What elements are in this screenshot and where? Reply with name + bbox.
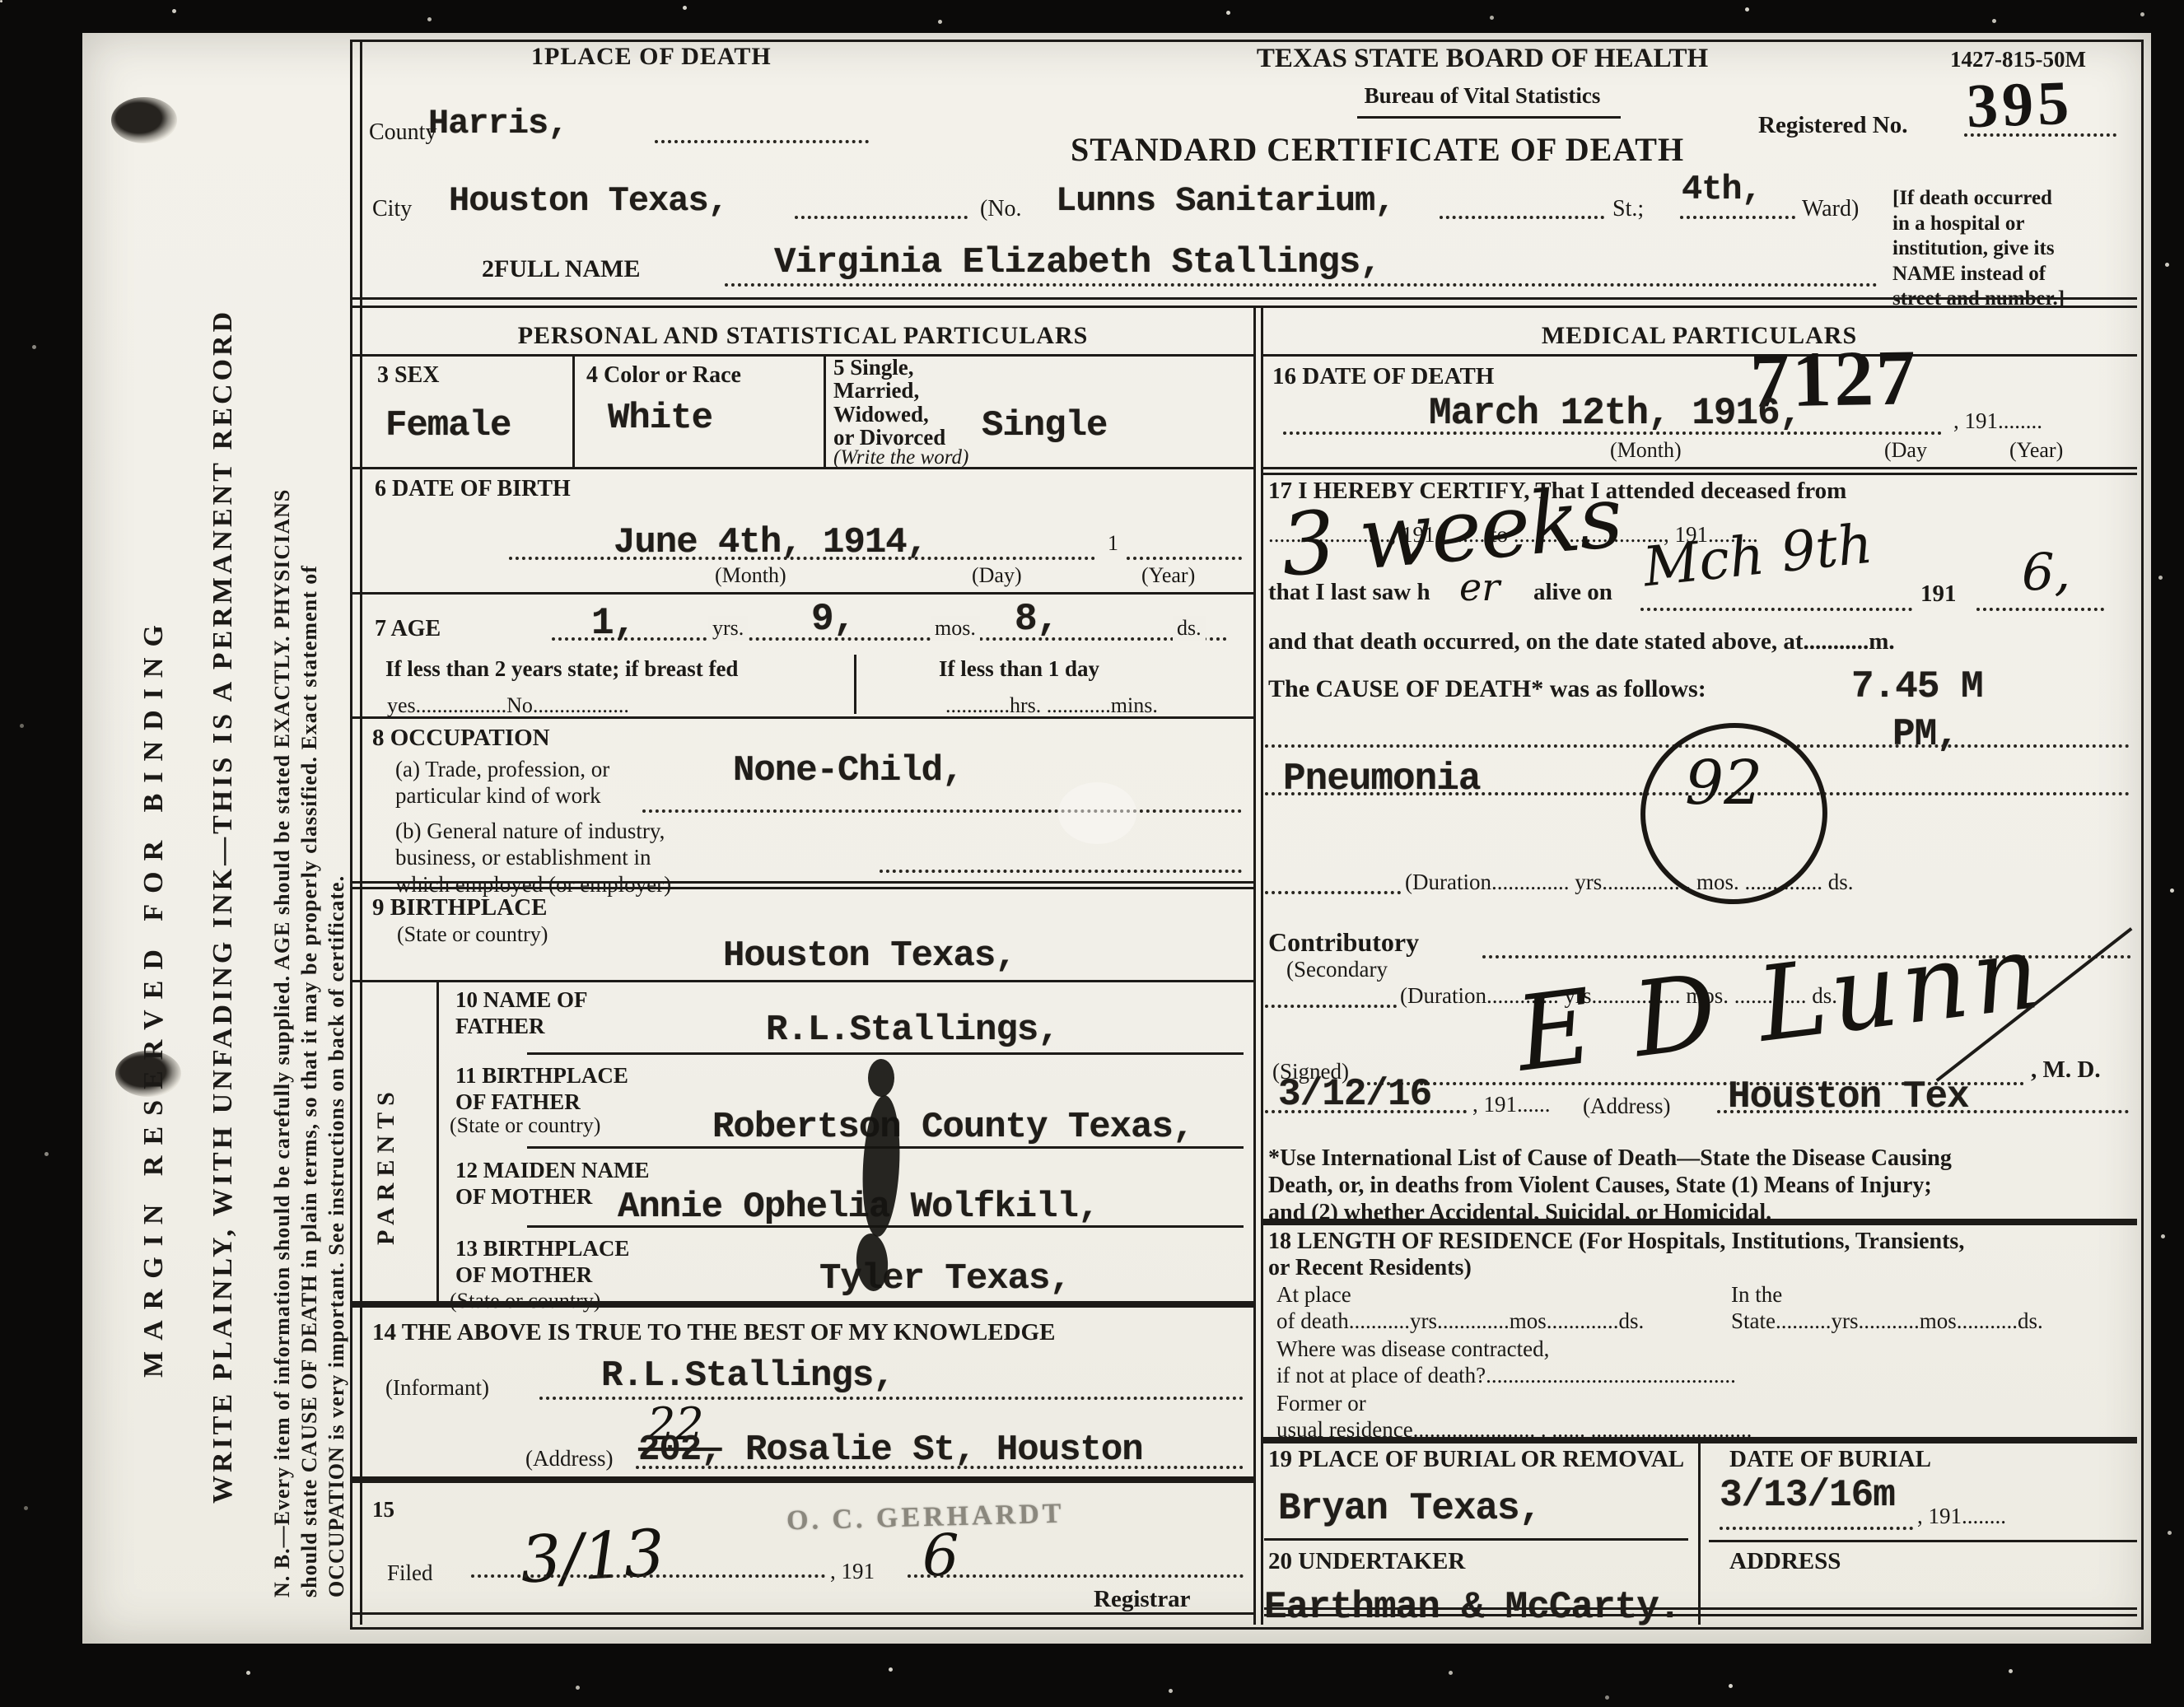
burial-place-label: 19 PLACE OF BURIAL OR REMOVAL — [1268, 1446, 1684, 1473]
time-of-death-pm: PM, — [1892, 713, 1958, 756]
age-note-left: If less than 2 years state; if breast fe… — [385, 656, 738, 682]
dod-day-label: (Day — [1884, 438, 1927, 463]
punch-hole-top — [111, 97, 177, 143]
age-yrs-label: yrs. — [708, 616, 748, 641]
dod-year-suffix: , 191........ — [1953, 408, 2042, 434]
age-line — [552, 637, 1227, 641]
filed-year-handwritten: 6 — [922, 1522, 959, 1589]
residence-heavy-rule — [1262, 1219, 2137, 1225]
burial-date-line — [1709, 1540, 2137, 1542]
dob-line-2 — [1127, 557, 1242, 560]
birthplace-value: Houston Texas, — [723, 935, 1016, 977]
father-birthplace-note: (State or country) — [450, 1113, 600, 1138]
cause-footnote: *Use International List of Cause of Deat… — [1268, 1145, 1952, 1226]
birthplace-note: (State or country) — [397, 922, 548, 947]
date-of-death-label: 16 DATE OF DEATH — [1272, 363, 1494, 390]
city-value: Houston Texas, — [449, 181, 728, 221]
marital-label: 5 Single, Married, Widowed, or Divorced — [833, 356, 945, 449]
physician-address-label: (Address) — [1583, 1094, 1670, 1119]
age-rule — [352, 716, 1253, 719]
marital-value: Single — [982, 405, 1107, 446]
secondary-label: (Secondary — [1286, 957, 1388, 982]
city-label: City — [372, 196, 412, 222]
age-days-value: 8, — [1015, 598, 1058, 641]
last-saw-year-prefix: 191 — [1920, 581, 1957, 608]
age-ds-label: ds. — [1173, 616, 1206, 641]
burial-column-divider — [1698, 1437, 1701, 1625]
age-note-right: If less than 1 day — [939, 656, 1099, 682]
duration-blanks-1: (Duration.............. yrs.............… — [1405, 870, 1853, 895]
informant-address-label: (Address) — [525, 1446, 613, 1471]
last-saw-label-1: that I last saw h — [1268, 579, 1430, 606]
birthplace-label: 9 BIRTHPLACE — [372, 894, 548, 921]
institution-line — [1440, 216, 1604, 219]
personal-section-title: PERSONAL AND STATISTICAL PARTICULARS — [352, 322, 1253, 350]
undertaker-value: Earthman & McCarty. — [1264, 1586, 1681, 1629]
dod-rule-a — [1262, 467, 2137, 469]
filed-date-handwritten: 3/13 — [519, 1516, 667, 1597]
cause-of-death-label: The CAUSE OF DEATH* was as follows: — [1268, 675, 1706, 703]
occupation-a-line — [642, 809, 1242, 813]
father-birthplace-value: Robertson County Texas, — [712, 1107, 1193, 1148]
hospital-note: [If death occurred in a hospital or inst… — [1892, 186, 2140, 312]
scanned-death-certificate: MARGIN RESERVED FOR BINDING WRITE PLAINL… — [0, 0, 2184, 1707]
institution-no-label: (No. — [980, 196, 1022, 222]
informant-value: R.L.Stallings, — [601, 1355, 894, 1397]
last-saw-line-2 — [1976, 608, 2104, 611]
mother-name-value: Annie Ophelia Wolfkill, — [618, 1187, 1099, 1228]
md-label: , M. D. — [2031, 1056, 2101, 1084]
column-divider-b — [1261, 305, 1263, 1625]
age-label: 7 AGE — [375, 616, 441, 642]
dob-year-prefix: 1 — [1108, 531, 1118, 556]
dob-label: 6 DATE OF BIRTH — [375, 476, 571, 502]
registrar-label: Registrar — [1094, 1586, 1191, 1613]
occupation-b-line — [880, 870, 1242, 873]
age-mos-label: mos. — [931, 616, 980, 641]
death-occurred-line: and that death occurred, on the date sta… — [1268, 628, 1895, 655]
form-border-inner-left — [360, 40, 362, 1625]
bureau-underline — [1357, 116, 1621, 119]
dod-month-label: (Month) — [1610, 438, 1682, 463]
header-rule-b — [352, 305, 2137, 308]
filed-line-2 — [908, 1574, 1244, 1578]
time-of-death-value: 7.45 M — [1851, 665, 1983, 708]
ward-label: Ward) — [1802, 196, 1859, 222]
sex-value: Female — [385, 405, 511, 446]
last-saw-line-1 — [1640, 608, 1912, 611]
father-name-value: R.L.Stallings, — [766, 1010, 1059, 1051]
father-name-label: 10 NAME OF FATHER — [455, 986, 587, 1040]
dob-rule — [352, 592, 1253, 595]
scan-glare — [1058, 782, 1136, 844]
last-saw-year-handwritten: 6, — [2022, 542, 2070, 602]
bureau-subtitle: Bureau of Vital Statistics — [1194, 83, 1771, 109]
item-15-label: 15 — [372, 1497, 394, 1523]
race-marital-divider — [824, 357, 826, 467]
age-years-value: 1, — [591, 602, 635, 645]
dob-year-label: (Year) — [1141, 563, 1195, 588]
burial-date-label: DATE OF BURIAL — [1729, 1446, 1931, 1473]
institution-value: Lunns Sanitarium, — [1056, 181, 1394, 221]
full-name-value: Virginia Elizabeth Stallings, — [774, 242, 1381, 283]
address-struck-value: 202, — [638, 1429, 722, 1471]
age-hrs-mins-blanks: ............hrs. ............mins. — [945, 693, 1158, 718]
dob-line-1 — [509, 557, 1095, 560]
registered-no-label: Registered No. — [1758, 112, 1907, 139]
registered-no-value: 395 — [1966, 68, 2074, 142]
last-saw-label-2: alive on — [1533, 579, 1612, 606]
mother-birthplace-label: 13 BIRTHPLACE OF MOTHER — [455, 1235, 629, 1289]
dod-rule-b — [1262, 473, 2137, 475]
burial-date-dots — [1720, 1527, 1913, 1530]
dob-day-label: (Day) — [972, 563, 1022, 588]
informant-address-line — [636, 1466, 1244, 1469]
race-value: White — [608, 398, 712, 439]
margin-nb-line-2: should state CAUSE OF DEATH in plain ter… — [297, 124, 322, 1597]
left-bottom-rule — [352, 1612, 1253, 1615]
father-name-line — [527, 1052, 1244, 1055]
informant-heading: 14 THE ABOVE IS TRUE TO THE BEST OF MY K… — [372, 1319, 1055, 1346]
full-name-label: 2FULL NAME — [482, 255, 641, 283]
burial-date-year: , 191........ — [1917, 1504, 2006, 1529]
registered-no-line — [1964, 133, 2116, 137]
age-sub-divider — [854, 655, 856, 714]
date-of-death-line — [1283, 431, 1942, 435]
certificate-title: STANDARD CERTIFICATE OF DEATH — [1071, 130, 1684, 169]
occupation-a-value: None-Child, — [733, 750, 963, 791]
last-saw-er-handwritten: er — [1459, 565, 1500, 609]
former-residence: Former or usual residence...............… — [1276, 1390, 1752, 1443]
birthplace-rule — [352, 980, 1253, 982]
street-line — [1680, 216, 1795, 219]
filed-label: Filed — [387, 1560, 433, 1586]
margin-binding-note: MARGIN RESERVED FOR BINDING — [138, 560, 170, 1433]
medical-title-rule — [1262, 354, 2137, 357]
undertaker-label: 20 UNDERTAKER — [1268, 1548, 1465, 1575]
age-months-value: 9, — [811, 598, 855, 641]
full-name-line — [725, 283, 1878, 287]
scan-noise — [0, 0, 2, 2]
parents-heavy-rule — [352, 1301, 1253, 1308]
marital-note: (Write the word) — [833, 446, 968, 469]
ink-blot-3 — [868, 1059, 894, 1097]
informant-address-value: Rosalie St, Houston — [745, 1429, 1143, 1471]
county-label: County — [369, 119, 436, 146]
residence-heading: 18 LENGTH OF RESIDENCE (For Hospitals, I… — [1268, 1229, 1964, 1281]
occupation-label: 8 OCCUPATION — [372, 725, 550, 752]
burial-place-line — [1264, 1538, 1688, 1541]
street-label: St.; — [1612, 196, 1644, 222]
parents-divider — [436, 980, 439, 1301]
residence-at-place: At place of death...........yrs.........… — [1276, 1281, 1644, 1335]
occupation-rule-a — [352, 881, 1253, 884]
physician-address-line — [1717, 1110, 2129, 1113]
father-birthplace-label: 11 BIRTHPLACE OF FATHER — [455, 1062, 628, 1116]
personal-title-rule — [352, 354, 1253, 357]
sex-row-rule — [352, 467, 1253, 469]
county-value: Harris, — [428, 104, 567, 143]
dob-month-label: (Month) — [715, 563, 786, 588]
dod-year-label: (Year) — [2009, 438, 2063, 463]
occupation-a-label: (a) Trade, profession, or particular kin… — [395, 756, 609, 809]
undertaker-address-label: ADDRESS — [1729, 1548, 1841, 1575]
county-line — [655, 140, 869, 143]
margin-permanent-record-note: WRITE PLAINLY, WITH UNFADING INK—THIS IS… — [208, 264, 239, 1548]
signed-date-line — [1265, 1110, 1467, 1113]
ward-value: 4th, — [1682, 170, 1762, 209]
informant-label: (Informant) — [385, 1375, 489, 1401]
parents-vertical-label: PARENTS — [372, 1025, 400, 1305]
margin-nb-line-1: N. B.—Every item of information should b… — [270, 124, 295, 1597]
contributory-label: Contributory — [1268, 927, 1419, 958]
burial-date-value: 3/13/16m — [1720, 1474, 1895, 1517]
signed-year-blanks: , 191...... — [1472, 1092, 1551, 1117]
date-of-death-value: March 12th, 1916, — [1429, 392, 1801, 435]
column-divider-a — [1253, 305, 1256, 1625]
cause-code-handwritten: 92 — [1685, 748, 1762, 819]
burial-place-value: Bryan Texas, — [1278, 1487, 1541, 1530]
sex-label: 3 SEX — [377, 362, 439, 389]
duration-line-1 — [1265, 891, 1401, 894]
sex-race-divider — [572, 357, 575, 467]
race-label: 4 Color or Race — [586, 362, 741, 389]
place-of-death-label: 1PLACE OF DEATH — [531, 43, 772, 71]
header-rule-a — [352, 297, 2137, 300]
informant-heavy-rule — [352, 1476, 1253, 1483]
medical-section-title: MEDICAL PARTICULARS — [1262, 322, 2137, 350]
margin-nb-line-3: OCCUPATION is very important. See instru… — [324, 124, 349, 1597]
city-line — [795, 216, 968, 219]
occupation-rule-b — [352, 887, 1253, 889]
filed-year-prefix: , 191 — [830, 1559, 875, 1584]
disease-contracted: Where was disease contracted, if not at … — [1276, 1336, 1736, 1389]
board-title: TEXAS STATE BOARD OF HEALTH — [1194, 44, 1771, 74]
filed-line-1 — [471, 1574, 825, 1578]
occupation-b-label: (b) General nature of industry, business… — [395, 818, 671, 898]
age-yesno-blanks: yes.................No.................. — [387, 693, 629, 718]
residence-in-state: In the State..........yrs...........mos.… — [1731, 1281, 2043, 1335]
informant-line — [539, 1397, 1244, 1400]
duration-line-2 — [1265, 1005, 1397, 1008]
